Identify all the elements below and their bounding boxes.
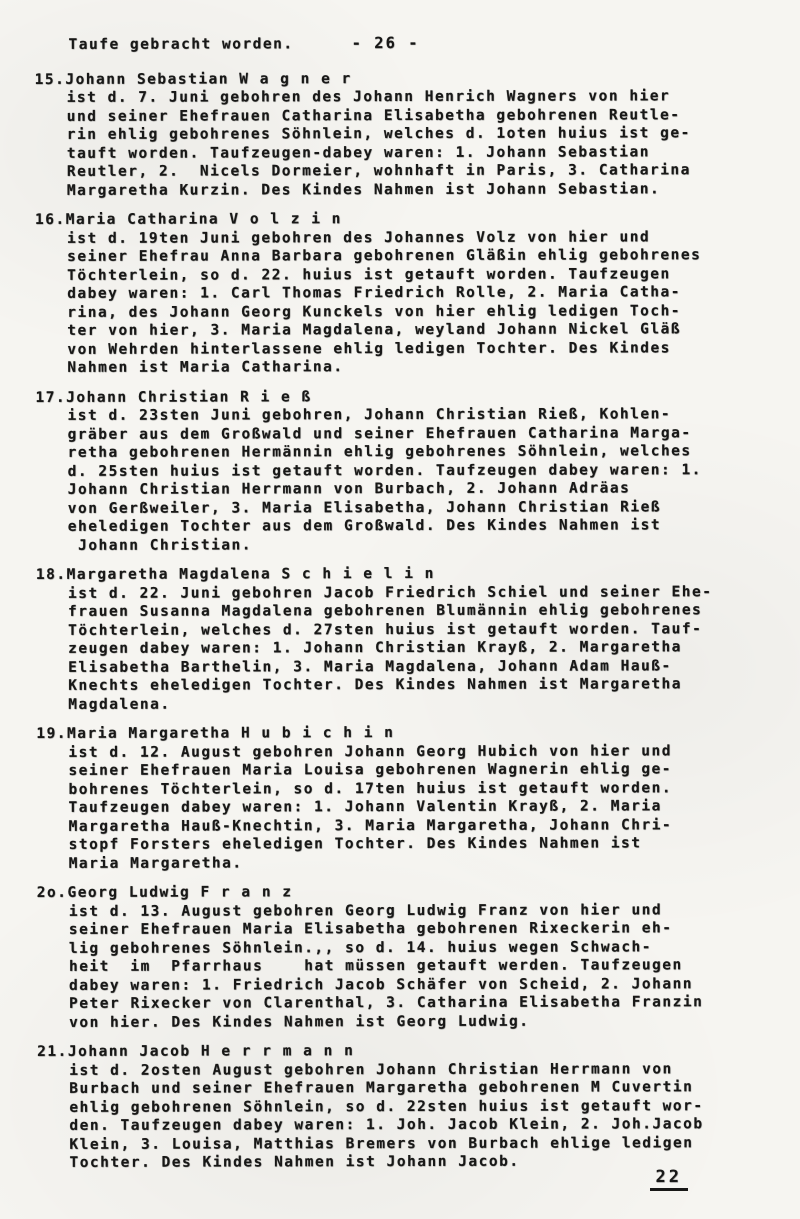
entry-heading: 19.Maria Margaretha H u b i c h i n [68, 723, 772, 743]
entry-child-name: Johann Christian R i e ß [66, 389, 312, 406]
entry-heading: 2o.Georg Ludwig F r a n z [69, 882, 773, 902]
scanned-document-page: Taufe gebracht worden. - 26 - 15.Johann … [0, 0, 800, 1219]
entry-body-text: ist d. 12. August gebohren Johann Georg … [68, 742, 772, 873]
baptism-entry-19: 19.Maria Margaretha H u b i c h i n ist … [36, 723, 772, 873]
entry-body-text: ist d. 22. Juni gebohren Jacob Friedrich… [68, 583, 772, 714]
header-continuation-text: Taufe gebracht worden. [69, 35, 294, 54]
entry-number: 17. [35, 389, 66, 405]
entry-body-text: ist d. 23sten Juni gebohren, Johann Chri… [67, 405, 771, 555]
page-number-bottom: 22 [650, 1167, 688, 1191]
entry-number: 15. [35, 71, 66, 87]
entry-child-name: Maria Catharina V o l z i n [66, 211, 342, 228]
entry-number: 16. [35, 212, 66, 228]
entry-number: 19. [36, 726, 67, 742]
baptism-entry-20: 2o.Georg Ludwig F r a n z ist d. 13. Aug… [37, 882, 773, 1032]
entry-child-name: Georg Ludwig F r a n z [67, 884, 292, 901]
entry-body-text: ist d. 2osten August gebohren Johann Chr… [69, 1060, 773, 1173]
page-header: Taufe gebracht worden. - 26 - [69, 33, 771, 54]
baptism-entry-17: 17.Johann Christian R i e ß ist d. 23ste… [35, 387, 771, 555]
entry-body-text: ist d. 7. Juni gebohren des Johann Henri… [67, 87, 771, 200]
baptism-entry-16: 16.Maria Catharina V o l z i n ist d. 19… [35, 209, 771, 377]
entry-heading: 21.Johann Jacob H e r r m a n n [69, 1041, 773, 1061]
entry-number: 21. [37, 1044, 68, 1060]
entry-heading: 17.Johann Christian R i e ß [67, 387, 771, 407]
baptism-entry-18: 18.Margaretha Magdalena S c h i e l i n … [36, 564, 772, 714]
entry-number: 18. [36, 567, 67, 583]
entry-heading: 18.Margaretha Magdalena S c h i e l i n [68, 564, 772, 584]
baptism-entry-15: 15.Johann Sebastian W a g n e r ist d. 7… [35, 69, 771, 200]
entry-child-name: Margaretha Magdalena S c h i e l i n [67, 566, 435, 583]
entry-child-name: Johann Sebastian W a g n e r [65, 71, 351, 88]
baptism-entry-21: 21.Johann Jacob H e r r m a n n ist d. 2… [37, 1041, 773, 1172]
entry-child-name: Johann Jacob H e r r m a n n [68, 1043, 354, 1060]
entry-heading: 15.Johann Sebastian W a g n e r [67, 69, 771, 89]
document-sheet: Taufe gebracht worden. - 26 - 15.Johann … [35, 33, 774, 1172]
entry-child-name: Maria Margaretha H u b i c h i n [67, 725, 394, 742]
entry-body-text: ist d. 13. August gebohren Georg Ludwig … [69, 901, 773, 1032]
page-number-top: - 26 - [352, 34, 420, 53]
entry-heading: 16.Maria Catharina V o l z i n [67, 209, 771, 229]
entry-body-text: ist d. 19ten Juni gebohren des Johannes … [67, 228, 771, 378]
entry-number: 2o. [37, 885, 68, 901]
